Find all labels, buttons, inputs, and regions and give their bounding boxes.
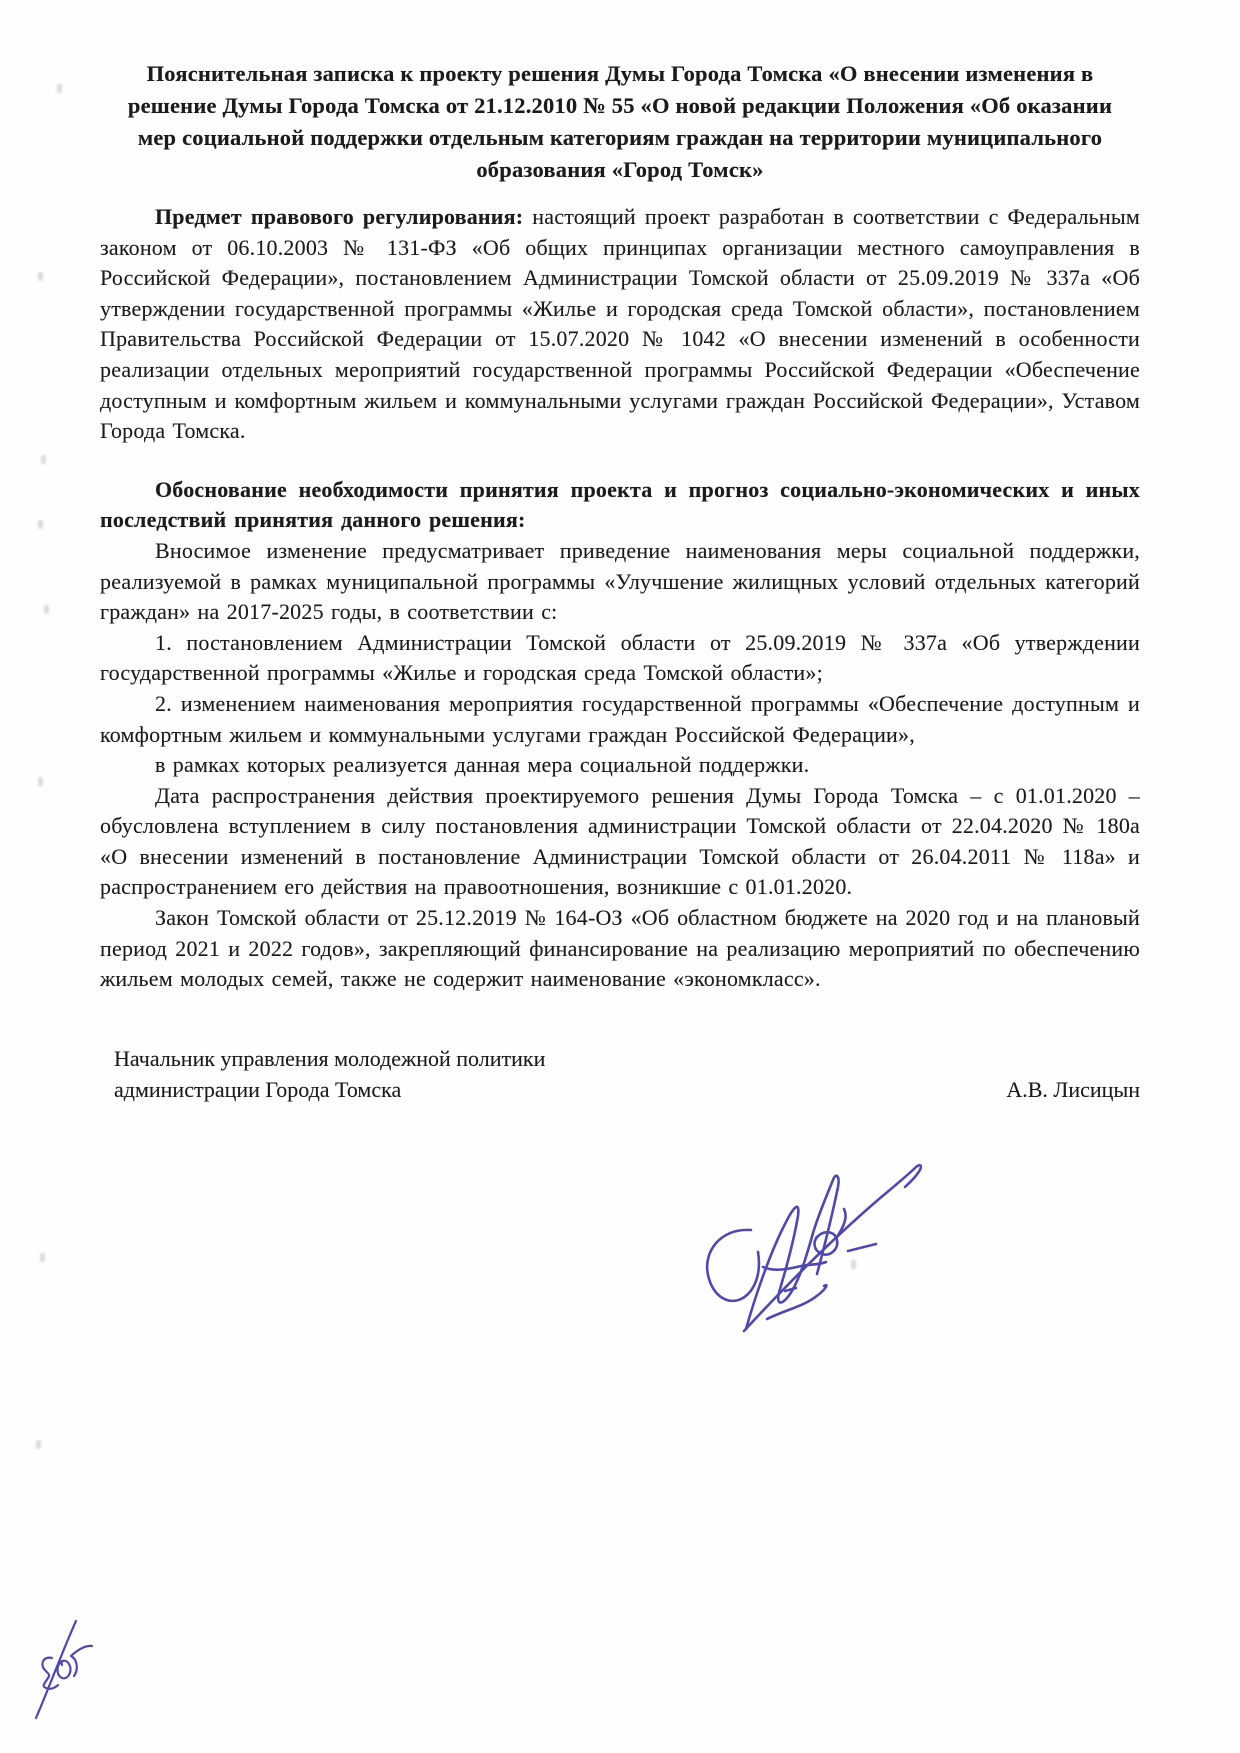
scan-speck xyxy=(40,1253,45,1262)
signer-name: А.В. Лисицын xyxy=(1006,1074,1140,1105)
scan-speck xyxy=(38,520,43,529)
scan-speck xyxy=(851,1260,856,1269)
justification-heading: Обоснование необходимости принятия проек… xyxy=(100,475,1140,536)
subject-text: настоящий проект разработан в соответств… xyxy=(100,204,1140,443)
scan-speck xyxy=(38,777,43,786)
signer-position: Начальник управления молодежной политики… xyxy=(114,1043,674,1105)
subject-lead-label: Предмет правового регулирования: xyxy=(155,204,523,229)
document-title: Пояснительная записка к проекту решения … xyxy=(124,58,1116,186)
paragraph-change: Вносимое изменение предусматривает приве… xyxy=(100,536,1140,628)
scan-speck xyxy=(38,272,43,281)
signature-block: Начальник управления молодежной политики… xyxy=(100,1043,1140,1105)
document-content: Пояснительная записка к проекту решения … xyxy=(0,0,1240,1105)
scan-speck xyxy=(57,84,62,93)
paragraph-date: Дата распространения действия проектируе… xyxy=(100,781,1140,903)
signer-position-line2: администрации Города Томска xyxy=(114,1074,674,1105)
paragraph-subject: Предмет правового регулирования: настоящ… xyxy=(100,202,1140,447)
scanned-document-page: Пояснительная записка к проекту решения … xyxy=(0,0,1240,1753)
signer-position-line1: Начальник управления молодежной политики xyxy=(114,1043,674,1074)
paragraph-framework: в рамках которых реализуется данная мера… xyxy=(100,750,1140,781)
scan-speck xyxy=(44,605,49,614)
handwritten-initials xyxy=(24,1612,104,1730)
scan-speck xyxy=(36,1440,41,1449)
list-item-2: 2. изменением наименования мероприятия г… xyxy=(100,689,1140,750)
handwritten-signature xyxy=(648,1138,948,1363)
paragraph-law: Закон Томской области от 25.12.2019 № 16… xyxy=(100,903,1140,995)
list-item-1: 1. постановлением Администрации Томской … xyxy=(100,628,1140,689)
scan-speck xyxy=(41,455,46,464)
